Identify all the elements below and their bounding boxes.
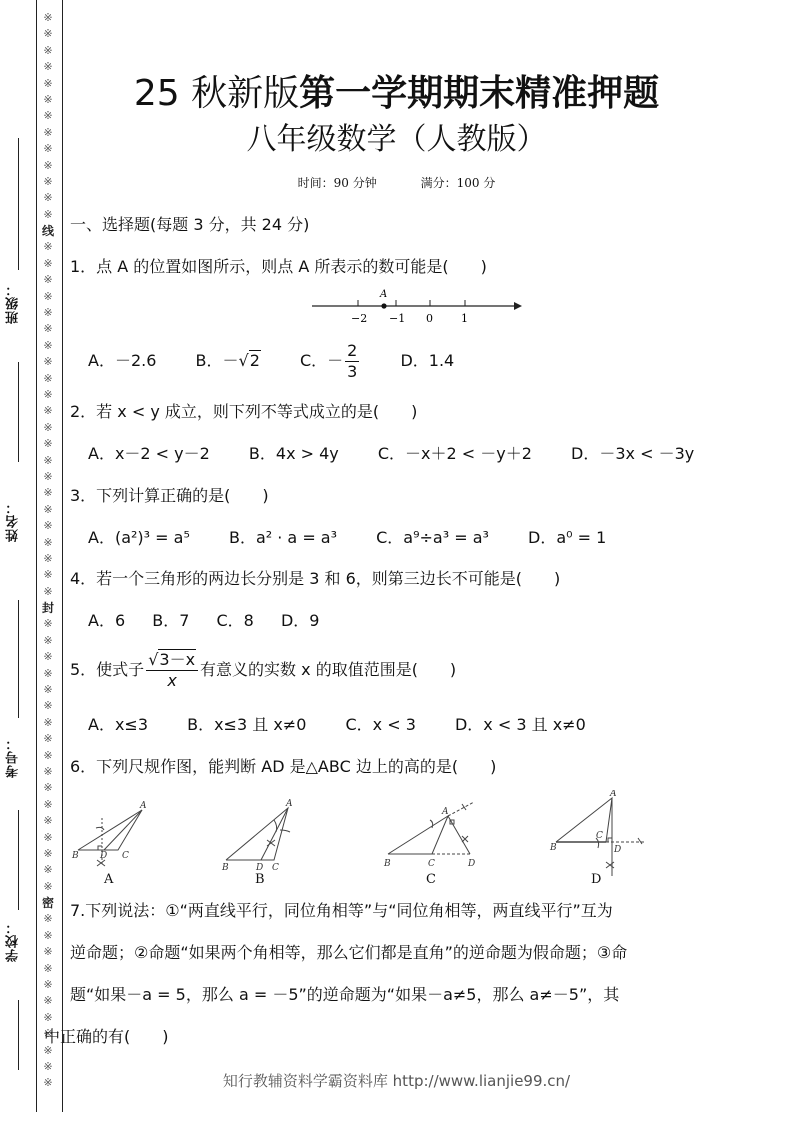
option-d[interactable]: D．－3x < －3y bbox=[571, 443, 694, 465]
reference-mark-icon: ※ bbox=[38, 43, 58, 59]
page-subtitle: 八年级数学（人教版） bbox=[0, 120, 793, 160]
option-d[interactable]: D．9 bbox=[281, 610, 320, 632]
question-7-line-4: 中正确的有( ) bbox=[44, 1026, 169, 1048]
point-a-label: A bbox=[379, 289, 387, 300]
svg-text:B: B bbox=[71, 851, 79, 861]
reference-mark-icon: ※ bbox=[38, 748, 58, 764]
reference-mark-icon: ※ bbox=[38, 518, 58, 534]
exam-meta: 时间：90 分钟 满分：100 分 bbox=[0, 174, 793, 191]
reference-mark-icon: ※ bbox=[38, 1010, 58, 1026]
school-field-label: 学校： bbox=[4, 920, 24, 962]
reference-mark-icon: ※ bbox=[38, 830, 58, 846]
question-5-options: A．x≤3 B．x≤3 且 x≠0 C．x < 3 D．x < 3 且 x≠0 bbox=[88, 714, 620, 736]
svg-text:0: 0 bbox=[426, 312, 433, 325]
reference-mark-icon: ※ bbox=[38, 616, 58, 632]
option-c[interactable]: C．－23 bbox=[300, 340, 361, 382]
svg-text:C: C bbox=[272, 863, 279, 873]
reference-mark-icon: ※ bbox=[38, 977, 58, 993]
option-b[interactable]: B．7 bbox=[152, 610, 189, 632]
exam-number-field-label: 考号： bbox=[4, 736, 24, 778]
name-field-label: 姓名： bbox=[4, 500, 24, 542]
reference-mark-icon: ※ bbox=[38, 10, 58, 26]
svg-text:A: A bbox=[441, 807, 449, 817]
fraction-expression: √3－xx bbox=[146, 650, 198, 691]
reference-mark-icon: ※ bbox=[38, 485, 58, 501]
figure-label-d[interactable]: D bbox=[591, 872, 601, 887]
class-field-line-2 bbox=[18, 362, 19, 462]
option-b[interactable]: B．a² · a = a³ bbox=[229, 527, 337, 549]
reference-mark-icon: ※ bbox=[38, 879, 58, 895]
reference-mark-icon: ※ bbox=[38, 190, 58, 206]
reference-mark-icon: ※ bbox=[38, 961, 58, 977]
reference-mark-icon: ※ bbox=[38, 305, 58, 321]
reference-mark-icon: ※ bbox=[38, 436, 58, 452]
reference-mark-icon: ※ bbox=[38, 764, 58, 780]
option-b[interactable]: B．4x > 4y bbox=[249, 443, 339, 465]
reference-mark-icon: ※ bbox=[38, 469, 58, 485]
page-title: 25 秋新版第一学期期末精准押题 bbox=[0, 70, 793, 118]
number-line-figure: A −2 −1 0 1 bbox=[308, 284, 528, 328]
exam-full-score: 满分：100 分 bbox=[421, 176, 496, 190]
reference-mark-icon: ※ bbox=[38, 207, 58, 223]
option-d[interactable]: D．x < 3 且 x≠0 bbox=[455, 714, 586, 736]
reference-mark-icon: ※ bbox=[38, 403, 58, 419]
reference-mark-icon: ※ bbox=[38, 911, 58, 927]
reference-mark-icon: ※ bbox=[38, 354, 58, 370]
figure-label-c[interactable]: C bbox=[426, 872, 436, 887]
reference-mark-icon: ※ bbox=[38, 387, 58, 403]
reference-mark-icon: ※ bbox=[38, 26, 58, 42]
svg-text:B: B bbox=[383, 859, 391, 869]
section-title: 一、选择题(每题 3 分，共 24 分) bbox=[70, 214, 309, 236]
svg-text:−1: −1 bbox=[389, 312, 405, 325]
question-4-stem: 4．若一个三角形的两边长分别是 3 和 6，则第三边长不可能是( ) bbox=[70, 568, 560, 590]
svg-text:−2: −2 bbox=[351, 312, 367, 325]
reference-mark-icon: ※ bbox=[38, 256, 58, 272]
question-7-line-1: 7.下列说法：①“两直线平行，同位角相等”与“同位角相等，两直线平行”互为 bbox=[70, 900, 613, 922]
reference-mark-icon: ※ bbox=[38, 682, 58, 698]
margin-line-left bbox=[36, 0, 37, 1112]
svg-text:A: A bbox=[139, 801, 147, 811]
option-a[interactable]: A．x≤3 bbox=[88, 714, 148, 736]
reference-mark-icon: ※ bbox=[38, 846, 58, 862]
reference-mark-icon: ※ bbox=[38, 289, 58, 305]
reference-mark-icon: ※ bbox=[38, 666, 58, 682]
option-a[interactable]: A．x－2 < y－2 bbox=[88, 443, 210, 465]
option-d[interactable]: D．1.4 bbox=[400, 340, 454, 382]
title-prefix: 25 秋新版 bbox=[134, 73, 299, 114]
reference-mark-icon: ※ bbox=[38, 633, 58, 649]
exam-number-field-line[interactable] bbox=[18, 810, 19, 910]
question-1-stem: 1．点 A 的位置如图所示，则点 A 所表示的数可能是( ) bbox=[70, 256, 487, 278]
reference-mark-icon: ※ bbox=[38, 535, 58, 551]
seal-char: 封 bbox=[38, 600, 58, 616]
option-c[interactable]: C．x < 3 bbox=[345, 714, 415, 736]
construction-figures: ABDC ABDC ABCD ABCD bbox=[66, 790, 746, 890]
svg-text:D: D bbox=[467, 859, 475, 869]
option-a[interactable]: A．－2.6 bbox=[88, 340, 156, 382]
footer-watermark: 知行教辅资料学霸资料库 http://www.lianjie99.cn/ bbox=[0, 1070, 793, 1091]
reference-mark-icon: ※ bbox=[38, 321, 58, 337]
question-3-options: A．(a²)³ = a⁵ B．a² · a = a³ C．a⁹÷a³ = a³ … bbox=[88, 527, 640, 549]
reference-mark-icon: ※ bbox=[38, 338, 58, 354]
seal-pattern-column: ※※※※※※※※※※※※※线※※※※※※※※※※※※※※※※※※※※※※封※※※… bbox=[38, 10, 58, 1092]
svg-text:C: C bbox=[122, 851, 129, 861]
reference-mark-icon: ※ bbox=[38, 813, 58, 829]
reference-mark-icon: ※ bbox=[38, 993, 58, 1009]
reference-mark-icon: ※ bbox=[38, 567, 58, 583]
reference-mark-icon: ※ bbox=[38, 715, 58, 731]
svg-text:D: D bbox=[613, 845, 621, 855]
reference-mark-icon: ※ bbox=[38, 551, 58, 567]
question-4-options: A．6 B．7 C．8 D．9 bbox=[88, 610, 353, 632]
reference-mark-icon: ※ bbox=[38, 797, 58, 813]
figure-label-b[interactable]: B bbox=[255, 872, 265, 887]
option-b[interactable]: B．x≤3 且 x≠0 bbox=[187, 714, 306, 736]
name-field-line[interactable] bbox=[18, 600, 19, 718]
svg-text:C: C bbox=[428, 859, 435, 869]
svg-text:C: C bbox=[596, 831, 603, 841]
svg-text:D: D bbox=[99, 851, 107, 861]
school-field-line-2 bbox=[18, 1000, 19, 1070]
svg-text:B: B bbox=[549, 843, 557, 853]
reference-mark-icon: ※ bbox=[38, 584, 58, 600]
reference-mark-icon: ※ bbox=[38, 862, 58, 878]
option-c[interactable]: C．－x＋2 < －y＋2 bbox=[378, 443, 532, 465]
reference-mark-icon: ※ bbox=[38, 780, 58, 796]
reference-mark-icon: ※ bbox=[38, 371, 58, 387]
reference-mark-icon: ※ bbox=[38, 502, 58, 518]
question-3-stem: 3．下列计算正确的是( ) bbox=[70, 485, 269, 507]
seal-char: 线 bbox=[38, 223, 58, 239]
title-main: 第一学期期末精准押题 bbox=[299, 73, 659, 114]
question-7-line-3: 题“如果－a = 5，那么 a = －5”的逆命题为“如果－a≠5，那么 a≠－… bbox=[70, 984, 619, 1006]
svg-text:B: B bbox=[221, 863, 229, 873]
question-6-stem: 6．下列尺规作图，能判断 AD 是△ABC 边上的高的是( ) bbox=[70, 756, 496, 778]
seal-char: 密 bbox=[38, 895, 58, 911]
question-2-stem: 2．若 x < y 成立，则下列不等式成立的是( ) bbox=[70, 401, 417, 423]
svg-text:A: A bbox=[609, 790, 617, 799]
option-c[interactable]: C．8 bbox=[217, 610, 254, 632]
reference-mark-icon: ※ bbox=[38, 731, 58, 747]
svg-text:A: A bbox=[285, 799, 293, 809]
reference-mark-icon: ※ bbox=[38, 928, 58, 944]
svg-text:1: 1 bbox=[461, 312, 468, 325]
reference-mark-icon: ※ bbox=[38, 420, 58, 436]
reference-mark-icon: ※ bbox=[38, 698, 58, 714]
option-c[interactable]: C．a⁹÷a³ = a³ bbox=[376, 527, 489, 549]
exam-time: 时间：90 分钟 bbox=[298, 176, 377, 190]
question-2-options: A．x－2 < y－2 B．4x > 4y C．－x＋2 < －y＋2 D．－3… bbox=[88, 443, 728, 465]
reference-mark-icon: ※ bbox=[38, 272, 58, 288]
margin-line-right bbox=[62, 0, 63, 1112]
reference-mark-icon: ※ bbox=[38, 239, 58, 255]
reference-mark-icon: ※ bbox=[38, 649, 58, 665]
class-field-label: 班级： bbox=[4, 282, 24, 324]
question-5-stem: 5．使式子√3－xx有意义的实数 x 的取值范围是( ) bbox=[70, 648, 456, 692]
option-a[interactable]: A．(a²)³ = a⁵ bbox=[88, 527, 190, 549]
question-7-line-2: 逆命题；②命题“如果两个角相等，那么它们都是直角”的逆命题为假命题；③命 bbox=[70, 942, 627, 964]
option-d[interactable]: D．a⁰ = 1 bbox=[528, 527, 606, 549]
figure-label-a[interactable]: A bbox=[104, 872, 113, 887]
option-a[interactable]: A．6 bbox=[88, 610, 125, 632]
question-1-options: A．－2.6 B．－√2 C．－23 D．1.4 bbox=[88, 340, 488, 382]
reference-mark-icon: ※ bbox=[38, 944, 58, 960]
option-b[interactable]: B．－√2 bbox=[196, 340, 261, 382]
reference-mark-icon: ※ bbox=[38, 453, 58, 469]
